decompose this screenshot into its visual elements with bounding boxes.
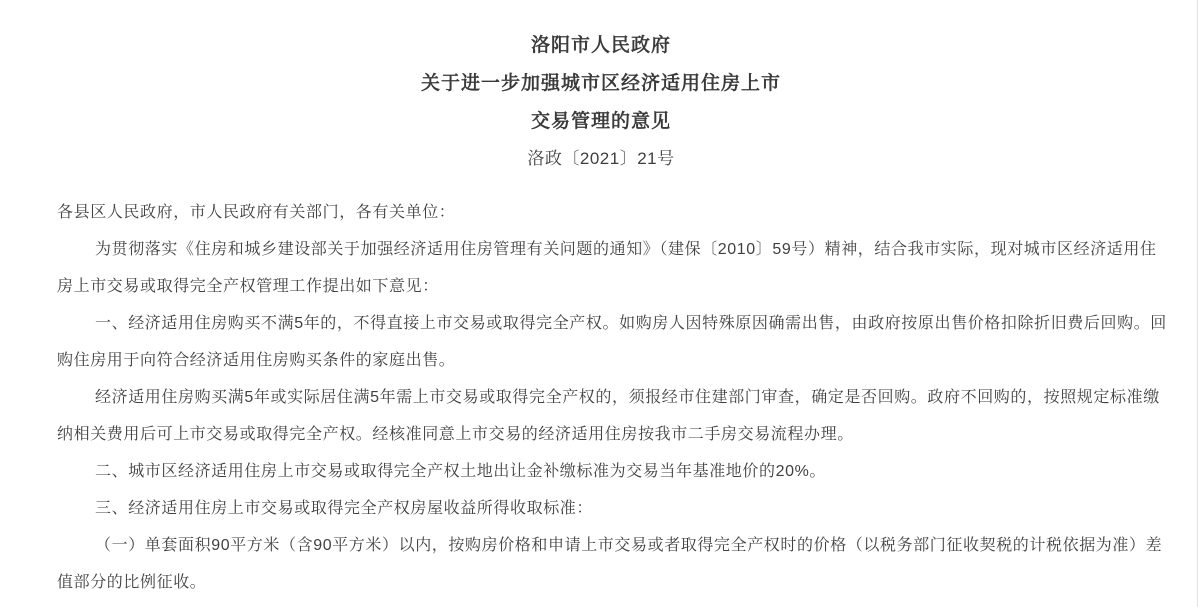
paragraph-item-2: 二、城市区经济适用住房上市交易或取得完全产权土地出让金补缴标准为交易当年基准地价… [57,453,1172,490]
paragraph-item-1: 一、经济适用住房购买不满5年的，不得直接上市交易或取得完全产权。如购房人因特殊原… [57,305,1172,379]
document-title-line-2: 关于进一步加强城市区经济适用住房上市 [0,65,1202,103]
salutation-line: 各县区人民政府，市人民政府有关部门，各有关单位： [57,194,1172,231]
document-title-block: 洛阳市人民政府 关于进一步加强城市区经济适用住房上市 交易管理的意见 洛政〔20… [0,0,1202,176]
document-page: 洛阳市人民政府 关于进一步加强城市区经济适用住房上市 交易管理的意见 洛政〔20… [0,0,1202,607]
paragraph-item-3: 三、经济适用住房上市交易或取得完全产权房屋收益所得收取标准： [57,490,1172,527]
paragraph-preamble: 为贯彻落实《住房和城乡建设部关于加强经济适用住房管理有关问题的通知》（建保〔20… [57,231,1172,305]
document-title-line-1: 洛阳市人民政府 [0,27,1202,65]
paragraph-item-3-sub-1: （一）单套面积90平方米（含90平方米）以内，按购房价格和申请上市交易或者取得完… [57,527,1172,601]
document-title-line-3: 交易管理的意见 [0,103,1202,141]
document-number: 洛政〔2021〕21号 [0,141,1202,176]
paragraph-item-1-continued: 经济适用住房购买满5年或实际居住满5年需上市交易或取得完全产权的，须报经市住建部… [57,379,1172,453]
document-body: 各县区人民政府，市人民政府有关部门，各有关单位： 为贯彻落实《住房和城乡建设部关… [0,194,1202,601]
page-right-edge-divider [1197,0,1198,607]
